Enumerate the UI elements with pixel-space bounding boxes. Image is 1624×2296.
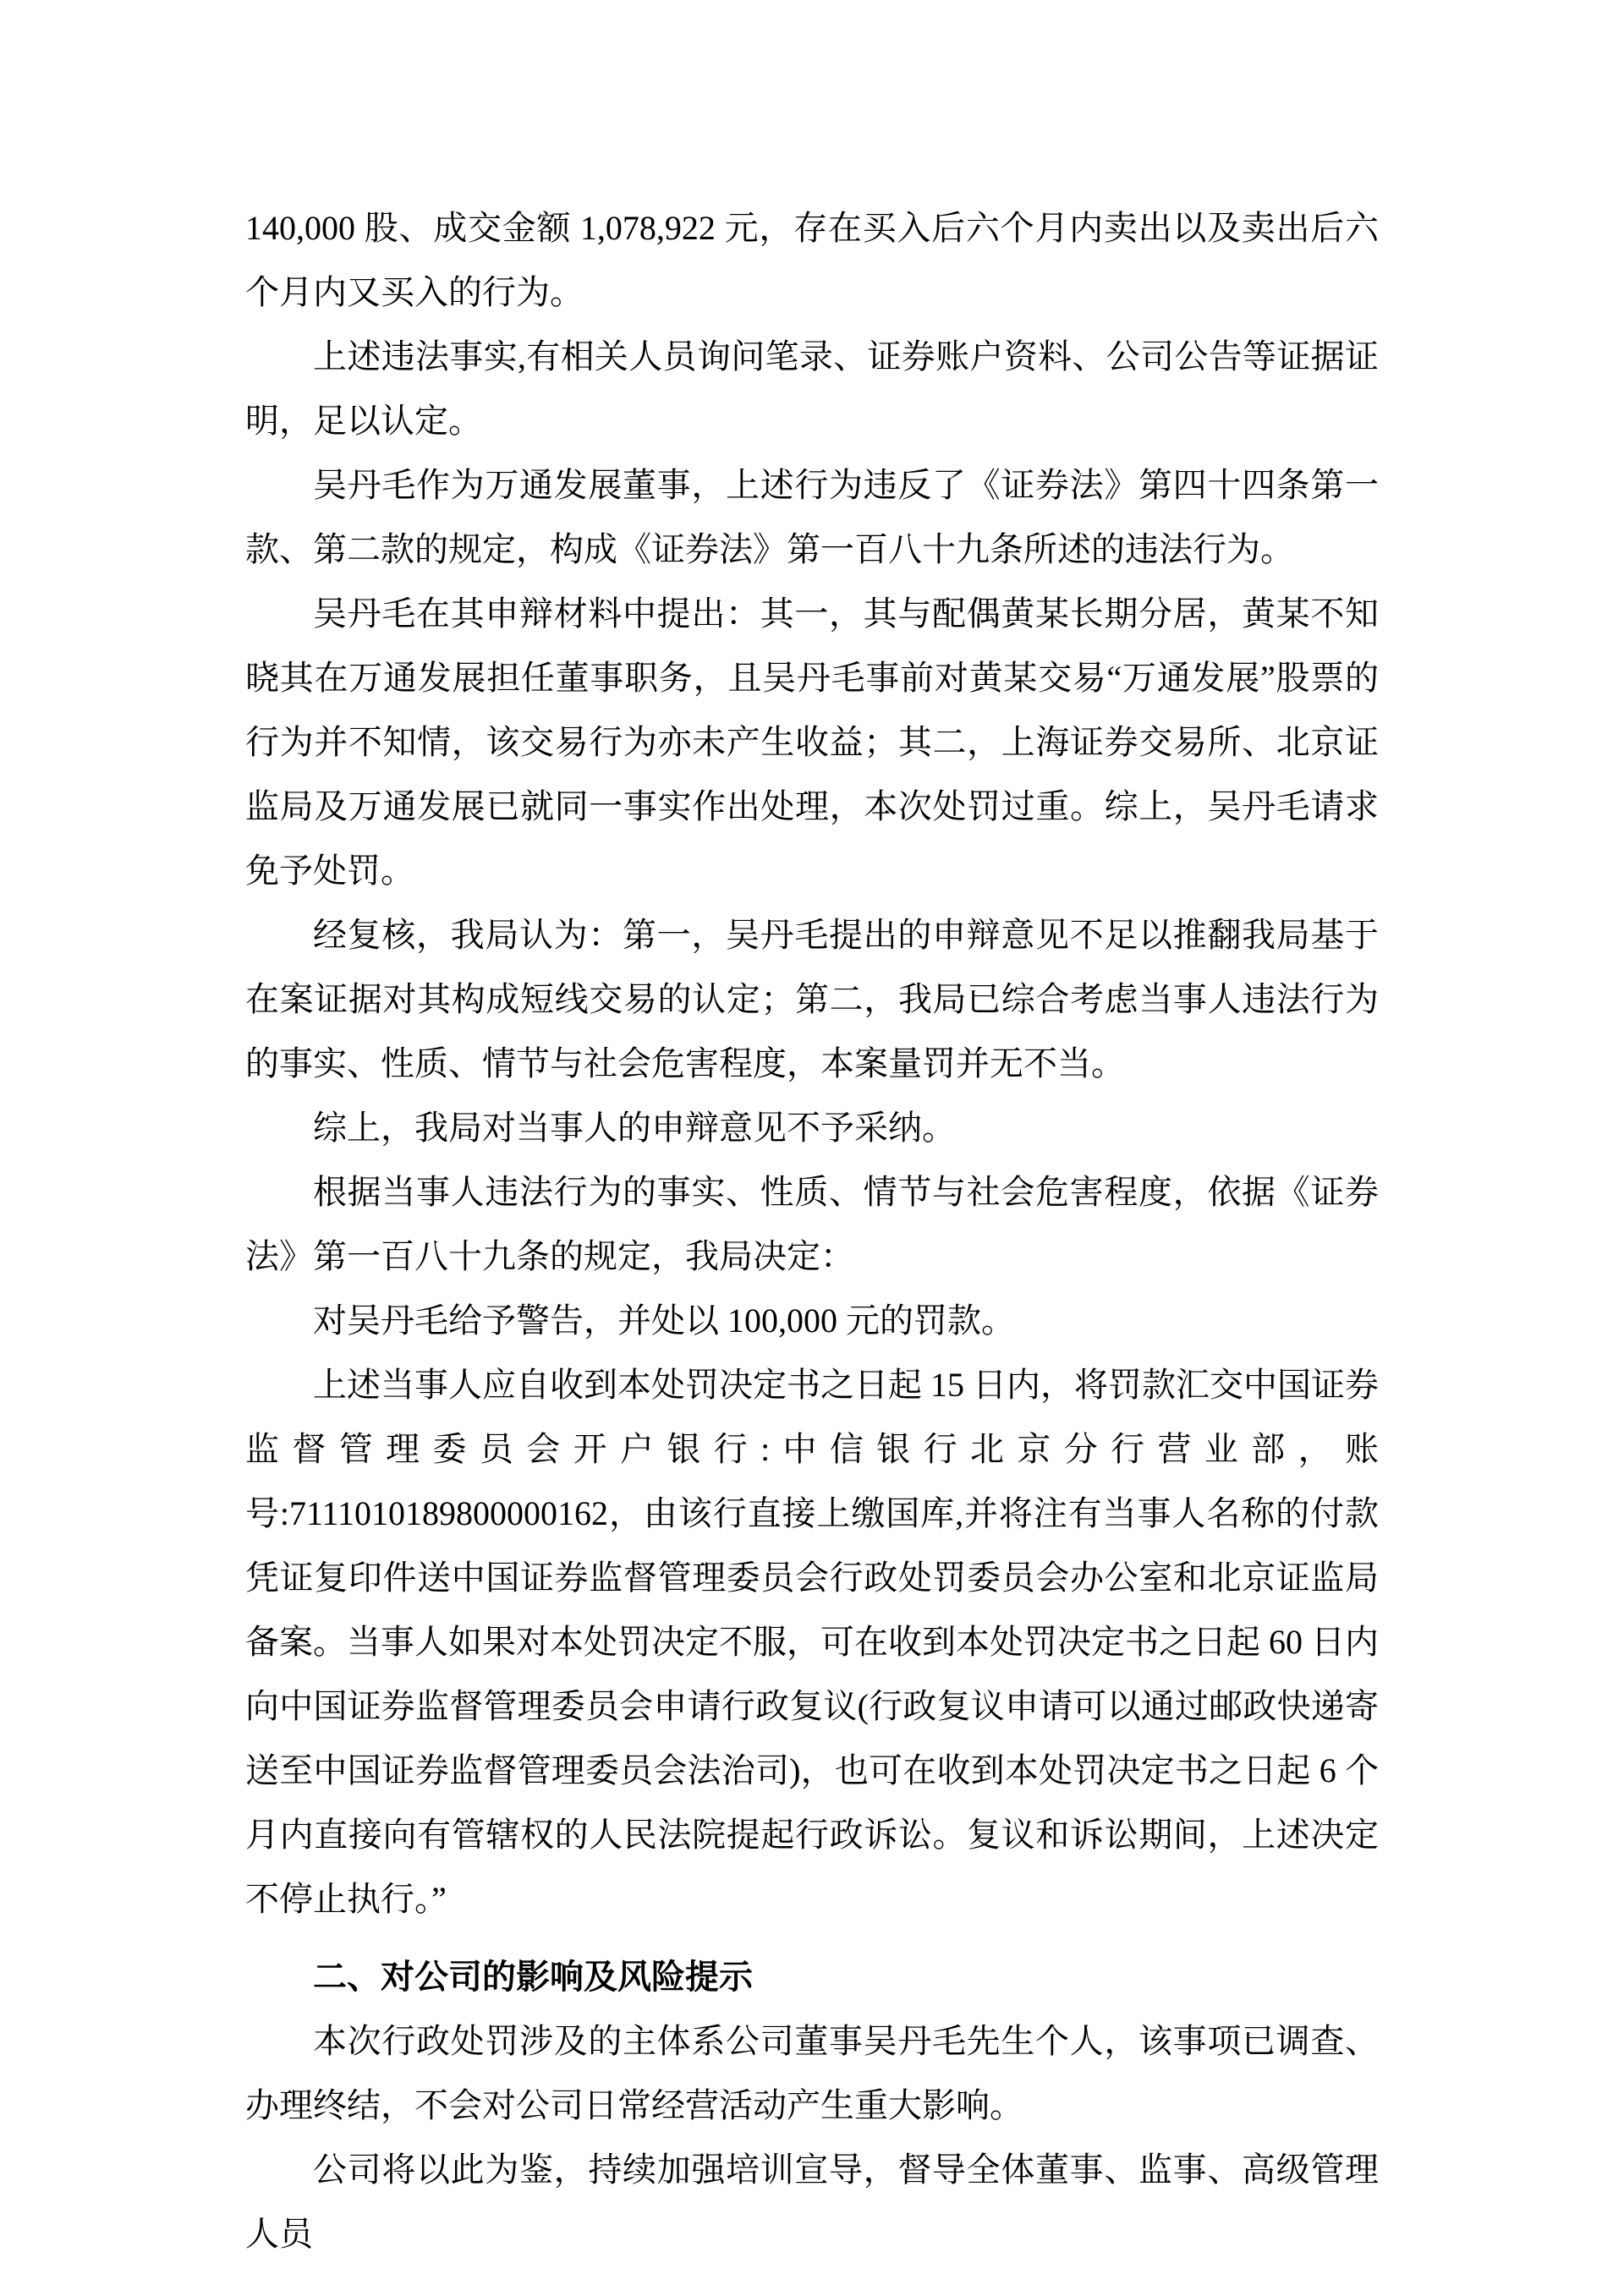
paragraph-company-measures: 公司将以此为鉴，持续加强培训宣导，督导全体董事、监事、高级管理人员 bbox=[245, 2138, 1379, 2266]
paragraph-defense-rejected: 综上，我局对当事人的申辩意见不予采纳。 bbox=[245, 1096, 1379, 1160]
section-heading-impact-and-risk: 二、对公司的影响及风险提示 bbox=[245, 1945, 1379, 2009]
paragraph-decision-basis: 根据当事人违法行为的事实、性质、情节与社会危害程度，依据《证券法》第一百八十九条… bbox=[245, 1160, 1379, 1289]
paragraph-payment-and-appeal-instructions: 上述当事人应自收到本处罚决定书之日起 15 日内，将罚款汇交中国证券监督管理委员… bbox=[245, 1353, 1379, 1932]
paragraph-evidence: 上述违法事实,有相关人员询问笔录、证券账户资料、公司公告等证据证明，足以认定。 bbox=[245, 325, 1379, 453]
paragraph-violation-law: 吴丹毛作为万通发展董事，上述行为违反了《证券法》第四十四条第一款、第二款的规定，… bbox=[245, 453, 1379, 582]
paragraph-review-opinion: 经复核，我局认为：第一，吴丹毛提出的申辩意见不足以推翻我局基于在案证据对其构成短… bbox=[245, 903, 1379, 1096]
paragraph-impact-statement: 本次行政处罚涉及的主体系公司董事吴丹毛先生个人，该事项已调查、办理终结，不会对公… bbox=[245, 2009, 1379, 2138]
document-text-block: 140,000 股、成交金额 1,078,922 元，存在买入后六个月内卖出以及… bbox=[245, 196, 1379, 2266]
paragraph-penalty-facts-continued: 140,000 股、成交金额 1,078,922 元，存在买入后六个月内卖出以及… bbox=[245, 196, 1379, 325]
paragraph-defense-arguments: 吴丹毛在其申辩材料中提出：其一，其与配偶黄某长期分居，黄某不知晓其在万通发展担任… bbox=[245, 582, 1379, 903]
document-page: 140,000 股、成交金额 1,078,922 元，存在买入后六个月内卖出以及… bbox=[0, 0, 1624, 2296]
paragraph-penalty-decision: 对吴丹毛给予警告，并处以 100,000 元的罚款。 bbox=[245, 1289, 1379, 1353]
